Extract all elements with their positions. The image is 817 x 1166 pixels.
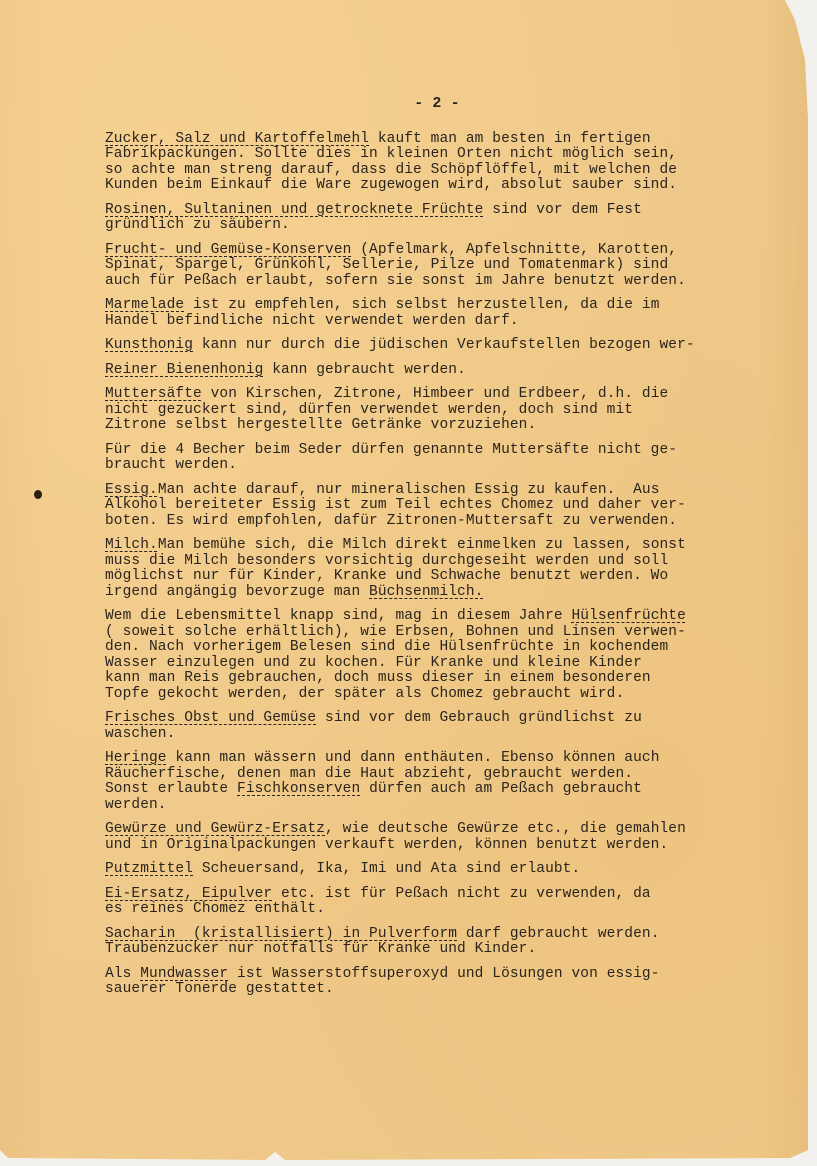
punch-hole-mark [34,490,42,499]
paragraph-obst-gemuese: Frisches Obst und Gemüse sind vor dem Ge… [105,711,795,742]
paragraph-milch: Milch.Man bemühe sich, die Milch direkt … [105,538,795,600]
paragraph-putzmittel: Putzmittel Scheuersand, Ika, Imi und Ata… [105,862,795,878]
paragraph-zucker: Zucker, Salz und Kartoffelmehl kauft man… [105,132,795,194]
page-number: - 2 - [79,96,795,112]
paragraph-muttersaefte: Muttersäfte von Kirschen, Zitrone, Himbe… [105,387,795,434]
paragraph-ei-ersatz: Ei-Ersatz, Eipulver etc. ist für Peßach … [105,887,795,918]
paragraph-rosinen: Rosinen, Sultaninen und getrocknete Früc… [105,203,795,234]
paragraph-seder-becher: Für die 4 Becher beim Seder dürfen genan… [105,443,795,474]
document-page: - 2 - Zucker, Salz und Kartoffelmehl kau… [0,0,808,1160]
paragraph-bienenhonig: Reiner Bienenhonig kann gebraucht werden… [105,363,795,379]
typewritten-text: - 2 - Zucker, Salz und Kartoffelmehl kau… [105,96,795,1007]
paragraph-huelsenfruechte: Wem die Lebensmittel knapp sind, mag in … [105,609,795,702]
paragraph-kunsthonig: Kunsthonig kann nur durch die jüdischen … [105,338,795,354]
paragraph-konserven: Frucht- und Gemüse-Konserven (Apfelmark,… [105,243,795,290]
paragraph-sacharin: Sacharin (kristallisiert) in Pulverform … [105,927,795,958]
paragraph-essig: Essig.Man achte darauf, nur mineralische… [105,483,795,530]
paragraph-mundwasser: Als Mundwasser ist Wasserstoffsuperoxyd … [105,967,795,998]
paragraph-heringe: Heringe kann man wässern und dann enthäu… [105,751,795,813]
paragraph-gewuerze: Gewürze und Gewürz-Ersatz, wie deutsche … [105,822,795,853]
paragraph-marmelade: Marmelade ist zu empfehlen, sich selbst … [105,298,795,329]
